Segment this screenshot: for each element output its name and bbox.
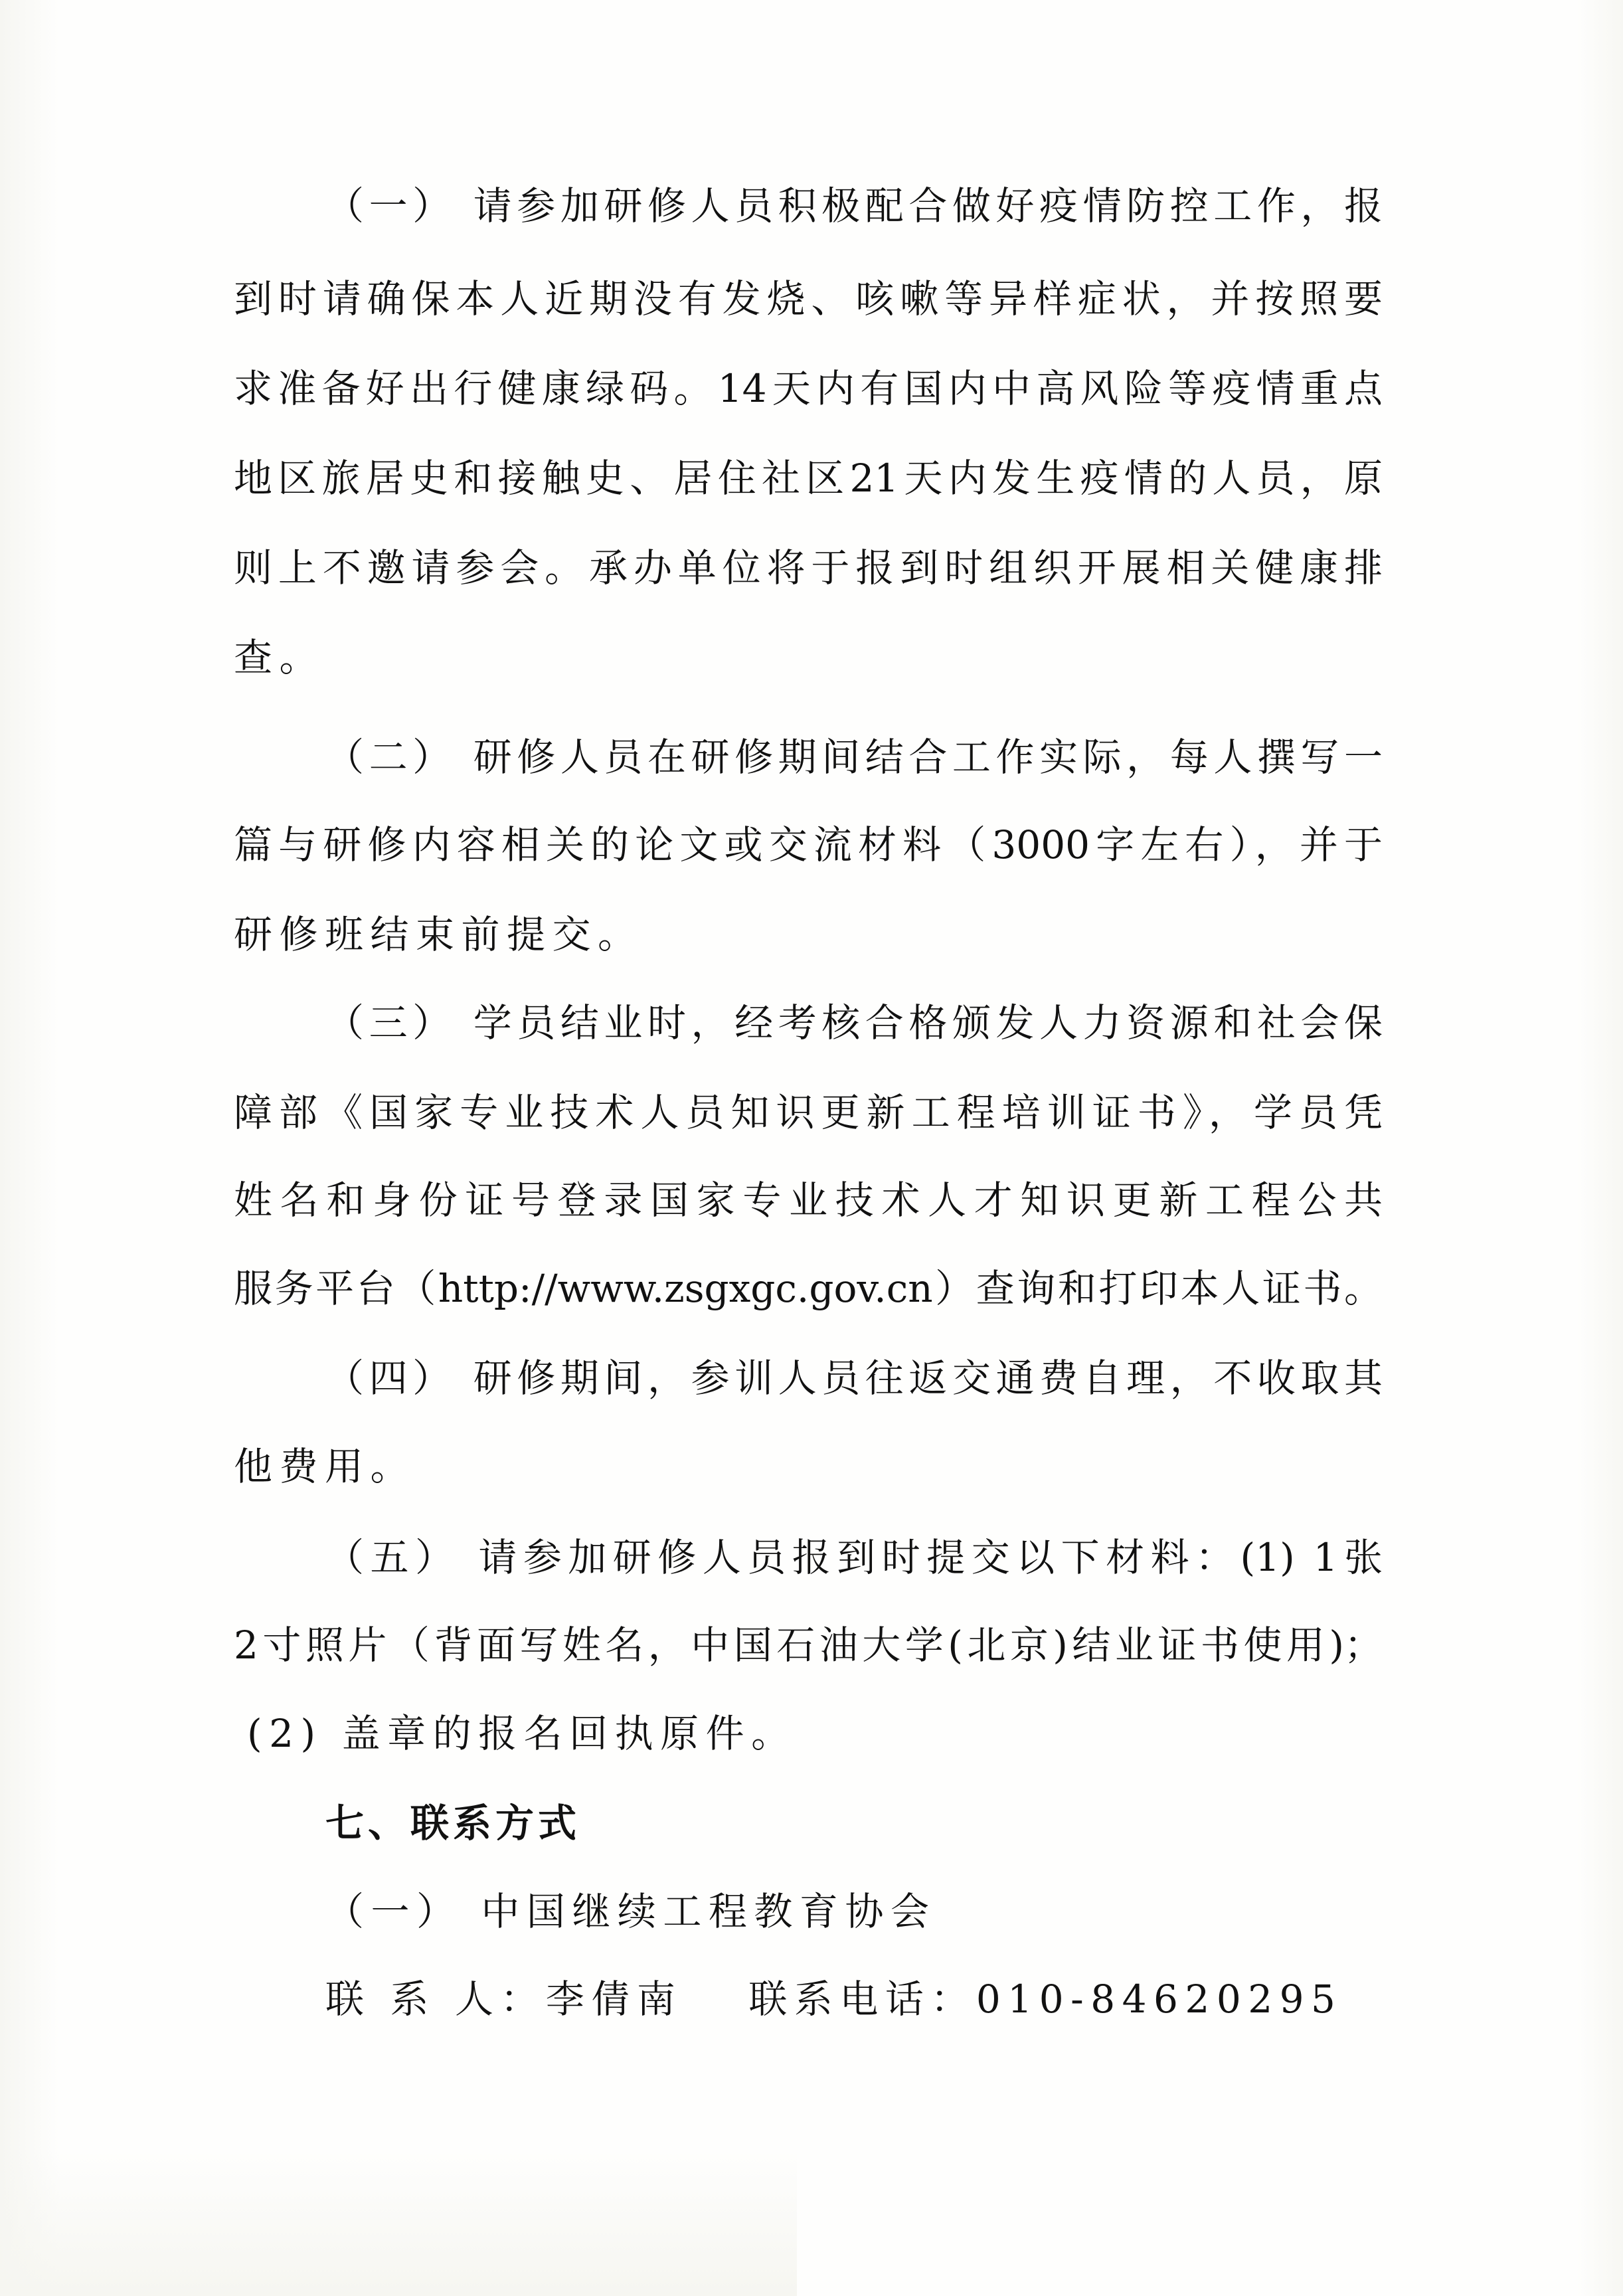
paragraph-1-line-2: 到时请确保本人近期没有发烧、咳嗽等异样症状，并按照要 — [234, 272, 1383, 325]
contact-person-name: 李倩南 — [546, 1973, 683, 2026]
paragraph-2-line-2: 篇与研修内容相关的论文或交流材料（3000字左右），并于 — [234, 818, 1383, 871]
paragraph-5-line-1: （五） 请参加研修人员报到时提交以下材料：(1) 1张 — [325, 1531, 1383, 1584]
paragraph-1-line-6: 查。 — [234, 631, 1383, 684]
section-heading-contact: 七、联系方式 — [325, 1797, 1383, 1850]
paragraph-2-line-3: 研修班结束前提交。 — [234, 908, 1383, 961]
paragraph-2-line-1: （二） 研修人员在研修期间结合工作实际，每人撰写一 — [325, 731, 1383, 784]
paragraph-4-line-2: 他费用。 — [234, 1440, 1383, 1493]
scan-shadow-left — [0, 0, 60, 2296]
contact-organization: （一） 中国继续工程教育协会 — [325, 1885, 1383, 1938]
contact-phone-number: 010-84620295 — [976, 1973, 1343, 2026]
contact-details: 联 系 人： 李倩南 联系电话： 010-84620295 — [325, 1973, 1383, 2026]
paragraph-1-line-3: 求准备好出行健康绿码。14天内有国内中高风险等疫情重点 — [234, 362, 1383, 415]
spacer — [682, 1973, 748, 2026]
paragraph-5-line-3: (2) 盖章的报名回执原件。 — [247, 1707, 1396, 1760]
paragraph-1-line-5: 则上不邀请参会。承办单位将于报到时组织开展相关健康排 — [234, 541, 1383, 594]
paragraph-5-line-2: 2寸照片（背面写姓名，中国石油大学(北京)结业证书使用)； — [234, 1619, 1383, 1672]
paragraph-3-line-4: 服务平台（http://www.zsgxgc.gov.cn）查询和打印本人证书。 — [234, 1262, 1383, 1315]
paragraph-4-line-1: （四） 研修期间，参训人员往返交通费自理，不收取其 — [325, 1352, 1383, 1405]
scanned-page: （一） 请参加研修人员积极配合做好疫情防控工作，报 到时请确保本人近期没有发烧、… — [0, 0, 1623, 2296]
scan-shadow-bottom — [0, 2150, 797, 2296]
contact-phone-label: 联系电话： — [748, 1973, 976, 2026]
paragraph-3-line-1: （三） 学员结业时，经考核合格颁发人力资源和社会保 — [325, 996, 1383, 1049]
paragraph-3-line-3: 姓名和身份证号登录国家专业技术人才知识更新工程公共 — [234, 1174, 1383, 1227]
paragraph-1-line-1: （一） 请参加研修人员积极配合做好疫情防控工作，报 — [325, 179, 1383, 232]
paragraph-3-line-2: 障部《国家专业技术人员知识更新工程培训证书》，学员凭 — [234, 1086, 1383, 1139]
scan-shadow-right — [1577, 0, 1623, 2296]
paragraph-1-line-4: 地区旅居史和接触史、居住社区21天内发生疫情的人员，原 — [234, 452, 1383, 505]
contact-person-label: 联 系 人： — [325, 1973, 546, 2026]
